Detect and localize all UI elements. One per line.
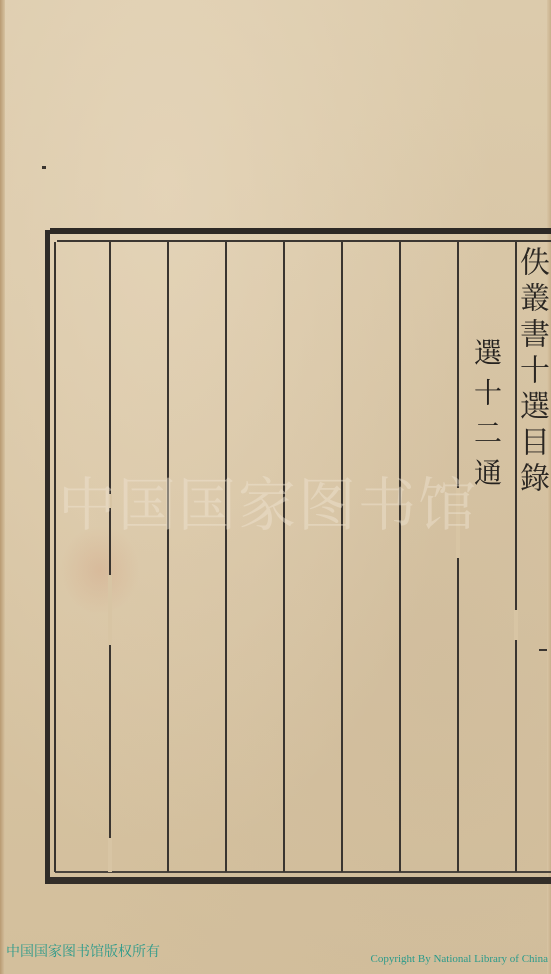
book-page: 佚叢書十選目錄 選十二通 中国国家图书馆 中国国家图书馆版权所有 Copyrig… xyxy=(0,0,551,974)
column-divider xyxy=(341,242,343,872)
column-break xyxy=(514,610,518,640)
page-left-edge xyxy=(0,0,5,974)
column-divider xyxy=(515,242,517,872)
frame-bottom-border xyxy=(48,877,551,884)
column-divider xyxy=(283,242,285,872)
column-divider xyxy=(225,242,227,872)
inner-frame-left xyxy=(54,242,56,872)
column-break xyxy=(108,575,112,645)
copyright-english: Copyright By National Library of China xyxy=(371,953,549,965)
ink-speck xyxy=(42,166,46,169)
column-divider xyxy=(109,242,111,872)
title-column-text: 佚叢書十選目錄 xyxy=(519,246,551,506)
frame-left-border xyxy=(45,230,50,884)
copyright-chinese: 中国国家图书馆版权所有 xyxy=(6,941,160,961)
inner-frame-top xyxy=(57,240,551,242)
frame-top-border xyxy=(50,228,551,234)
ink-mark xyxy=(539,649,547,651)
inner-frame-bottom xyxy=(55,871,551,873)
library-watermark: 中国国家图书馆 xyxy=(58,458,478,542)
column-break xyxy=(108,838,112,872)
column-divider xyxy=(399,242,401,872)
column-divider xyxy=(167,242,169,872)
